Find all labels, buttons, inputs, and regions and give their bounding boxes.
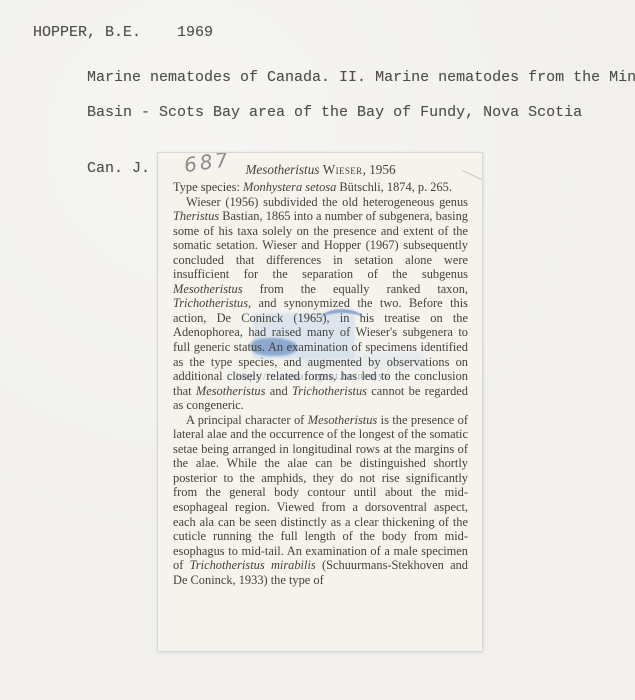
paragraph-2: A principal character of Mesotheristus i… (173, 413, 468, 588)
scanned-document-page: HOPPER, B.E. 1969 Marine nematodes of Ca… (0, 0, 635, 700)
citation-title: Marine nematodes of Canada. II. Marine n… (33, 51, 635, 139)
journal-clipping: http://intramar.ugent.be/nemys 687 Mesot… (157, 152, 483, 652)
type-species-line: Type species: Monhystera setosa Bütschli… (173, 180, 468, 195)
citation-author-line: HOPPER, B.E. 1969 (33, 24, 635, 41)
citation-title-line2: Basin - Scots Bay area of the Bay of Fun… (87, 104, 582, 121)
clipping-text: Mesotheristus Wieser, 1956 Type species:… (173, 162, 468, 587)
citation-title-line1: Marine nematodes of Canada. II. Marine n… (87, 69, 635, 86)
handwritten-page-number: 687 (183, 152, 232, 173)
paragraph-1: Wieser (1956) subdivided the old heterog… (173, 195, 468, 413)
